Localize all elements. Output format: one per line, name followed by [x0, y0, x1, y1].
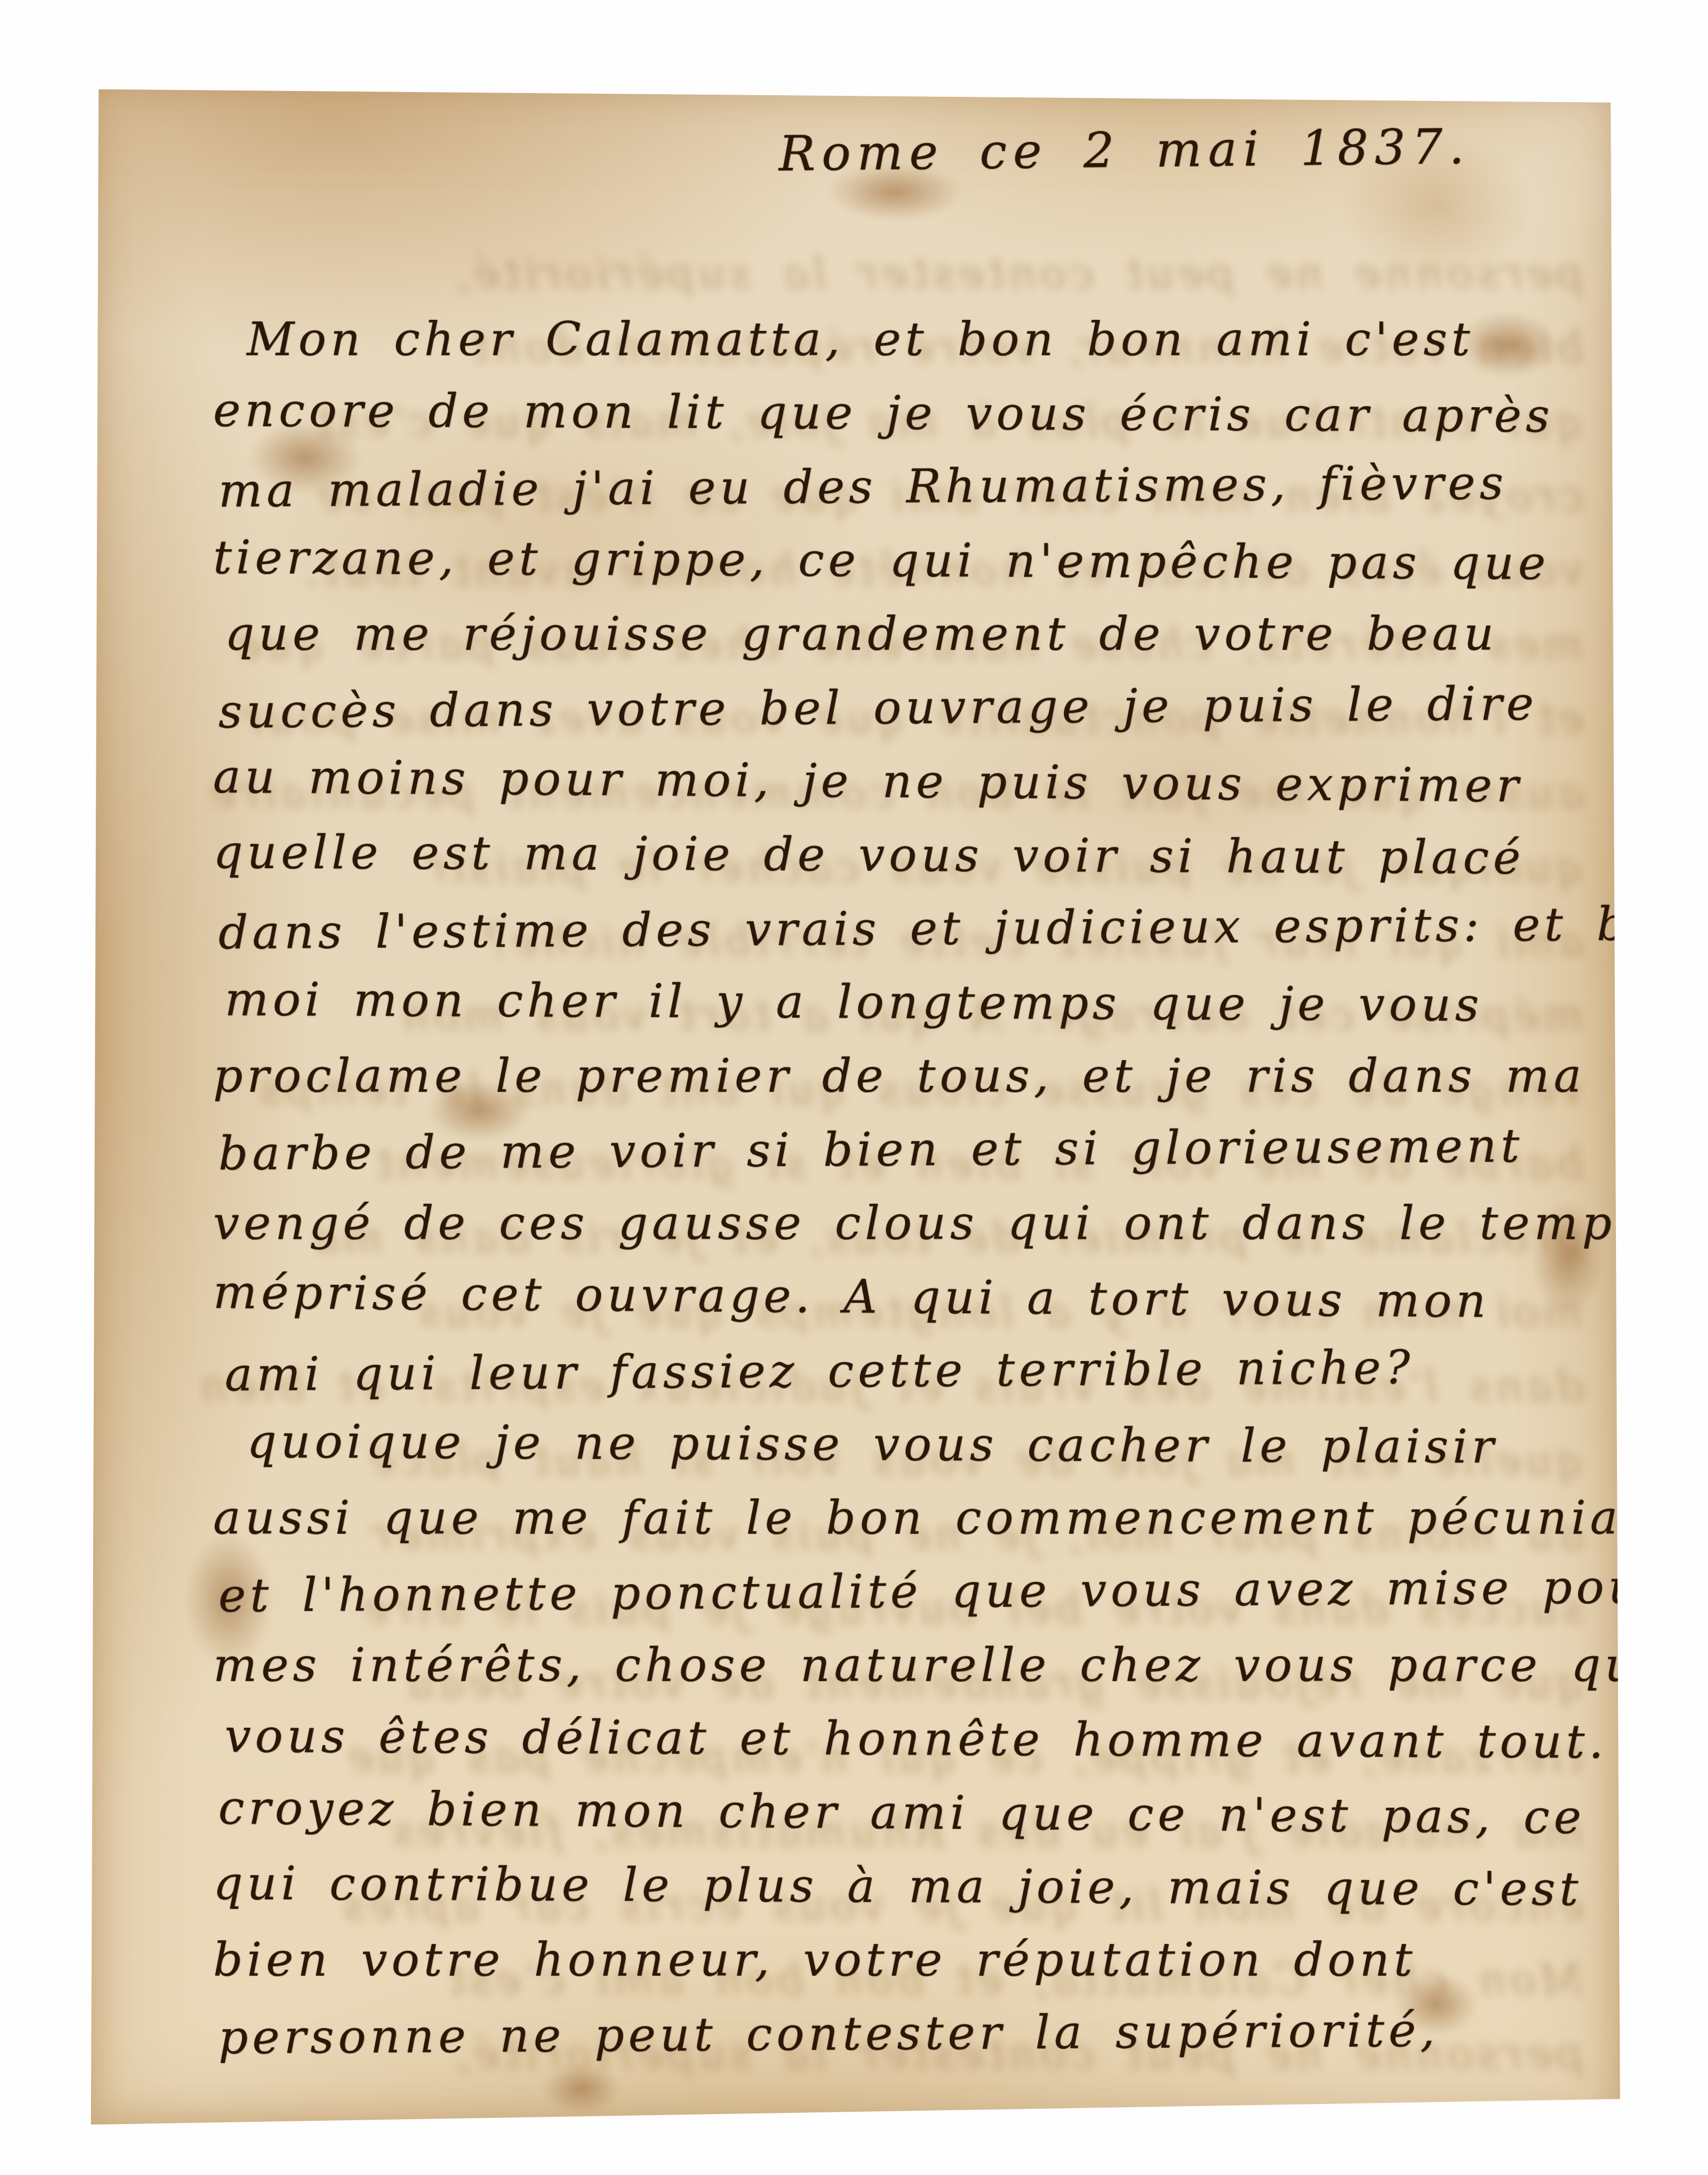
letter-line: méprisé cet ouvrage. A qui a tort vous m…	[213, 1255, 1561, 1338]
bleed-through-line: personne ne peut contester la supériorit…	[132, 237, 1584, 311]
letter-line: personne ne peut contester la supériorit…	[218, 1992, 1561, 2075]
letter-line: Mon cher Calamatta, et bon bon ami c'est	[213, 303, 1560, 376]
letter-line: succès dans votre bel ouvrage je puis le…	[218, 667, 1561, 749]
letter-body: Mon cher Calamatta, et bon bon ami c'est…	[213, 303, 1560, 2070]
letter-line: moi mon cher il y a longtemps que je vou…	[225, 962, 1561, 1042]
letter-line: proclame le premier de tous, et je ris d…	[213, 1039, 1560, 1113]
letter-line: bien votre honneur, votre réputation don…	[213, 1923, 1560, 1997]
letter-dateline: Rome ce 2 mai 1837.	[778, 118, 1471, 182]
letter-line: dans l'estime des vrais et judicieux esp…	[218, 888, 1561, 970]
photo-background: personne ne peut contester la supériorit…	[0, 0, 1708, 2175]
letter-line: vous êtes délicat et honnête homme avant…	[225, 1699, 1561, 1778]
letter-line: et l'honnette ponctualité que vous avez …	[218, 1550, 1561, 1633]
letter-line: croyez bien mon cher ami que ce n'est pa…	[218, 1771, 1561, 1854]
letter-line: que me réjouisse grandement de votre bea…	[225, 597, 1560, 671]
letter-line: ma maladie j'ai eu des Rhumatismes, fièv…	[218, 446, 1561, 528]
letter-line: aussi que me fait le bon commencement pé…	[213, 1481, 1560, 1555]
letter-line: mes intérêts, chose naturelle chez vous …	[213, 1628, 1560, 1702]
letter-line: au moins pour moi, je ne puis vous expri…	[213, 740, 1561, 823]
letter-page: personne ne peut contester la supériorit…	[89, 84, 1621, 2126]
letter-line: barbe de me voir si bien et si glorieuse…	[218, 1109, 1561, 1191]
letter-line: vengé de ces gausse clous qui ont dans l…	[213, 1186, 1560, 1260]
letter-line: encore de mon lit que je vous écris car …	[213, 373, 1561, 452]
letter-line: ami qui leur fassiez cette terrible nich…	[225, 1330, 1561, 1412]
letter-line: qui contribue le plus à ma joie, mais qu…	[213, 1846, 1561, 1926]
letter-line: quoique je ne puisse vous cacher le plai…	[213, 1404, 1561, 1484]
letter-line: quelle est ma joie de vous voir si haut …	[213, 815, 1561, 894]
letter-line: tierzane, et grippe, ce qui n'empêche pa…	[213, 520, 1561, 600]
